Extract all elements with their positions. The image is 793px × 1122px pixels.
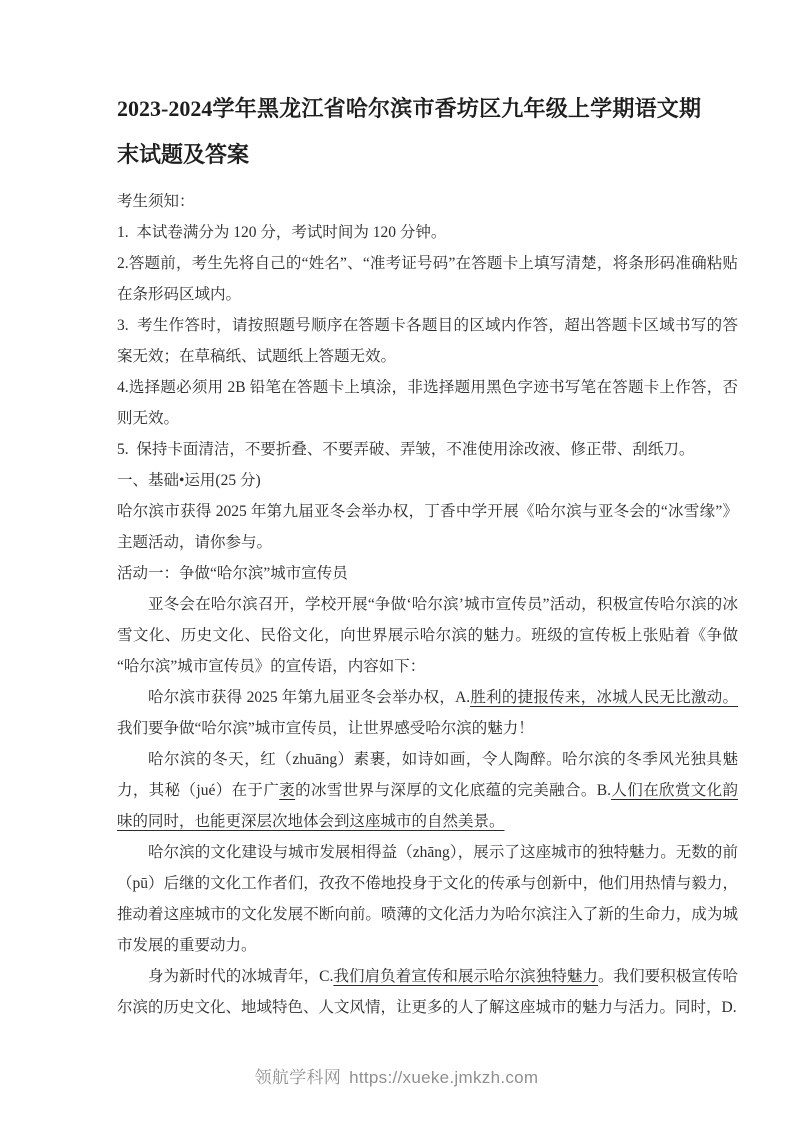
watermark-site-name: 领航学科网 [255,1068,342,1087]
text-run: 哈尔滨市获得 2025 年第九届亚冬会举办权，A. [148,689,470,706]
notice-heading: 考生须知： [117,186,738,217]
underlined-text: 我们肩负着宣传和展示哈尔滨独特魅力 [333,968,598,985]
page-title: 2023-2024学年黑龙江省哈尔滨市香坊区九年级上学期语文期末试题及答案 [117,86,701,178]
underlined-text: 袤 [279,782,295,799]
text-run: 亚冬会在哈尔滨召开，学校开展“争做‘哈尔滨’城市宣传员”活动，积极宣传哈尔滨的冰… [117,596,738,675]
paragraph: 哈尔滨市获得 2025 年第九届亚冬会举办权，A.胜利的捷报传来，冰城人民无比激… [117,682,738,744]
paragraph: 哈尔滨的冬天，红（zhuāng）素裹，如诗如画，令人陶醉。哈尔滨的冬季风光独具魅… [117,744,738,837]
text-run: 身为新时代的冰城青年，C. [148,968,333,985]
notice-item: 2.答题前，考生先将自己的“姓名”、“准考证号码”在答题卡上填写清楚，将条形码准… [117,248,738,310]
paragraph: 身为新时代的冰城青年，C.我们肩负着宣传和展示哈尔滨独特魅力。我们要积极宣传哈尔… [117,961,738,1023]
notice-list: 1. 本试卷满分为 120 分，考试时间为 120 分钟。2.答题前，考生先将自… [117,217,738,465]
text-run: 我们要争做“哈尔滨”城市宣传员，让世界感受哈尔滨的魅力！ [117,720,534,737]
section-intro: 哈尔滨市获得 2025 年第九届亚冬会举办权，丁香中学开展《哈尔滨与亚冬会的“冰… [117,496,738,558]
paragraph: 亚冬会在哈尔滨召开，学校开展“争做‘哈尔滨’城市宣传员”活动，积极宣传哈尔滨的冰… [117,589,738,682]
watermark-url: https://xueke.jmkzh.com [349,1068,538,1087]
section-heading: 一、基础•运用(25 分) [117,465,738,496]
activity-title: 活动一：争做“哈尔滨”城市宣传员 [117,558,738,589]
watermark-footer: 领航学科网https://xueke.jmkzh.com [0,1063,793,1088]
text-run: 哈尔滨的文化建设与城市发展相得益（zhāng），展示了这座城市的独特魅力。无数的… [117,844,738,954]
notice-item: 1. 本试卷满分为 120 分，考试时间为 120 分钟。 [117,217,738,248]
paragraph: 哈尔滨的文化建设与城市发展相得益（zhāng），展示了这座城市的独特魅力。无数的… [117,837,738,961]
document-content: 2023-2024学年黑龙江省哈尔滨市香坊区九年级上学期语文期末试题及答案 考生… [117,86,738,1023]
text-run: 的冰雪世界与深厚的文化底蕴的完美融合。B. [295,782,611,799]
notice-item: 3. 考生作答时，请按照题号顺序在答题卡各题目的区域内作答，超出答题卡区域书写的… [117,310,738,372]
notice-item: 5. 保持卡面清洁，不要折叠、不要弄破、弄皱，不准使用涂改液、修正带、刮纸刀。 [117,434,738,465]
notice-item: 4.选择题必须用 2B 铅笔在答题卡上填涂，非选择题用黑色字迹书写笔在答题卡上作… [117,372,738,434]
underlined-text: 胜利的捷报传来，冰城人民无比激动。 [470,689,738,706]
document-page: 2023-2024学年黑龙江省哈尔滨市香坊区九年级上学期语文期末试题及答案 考生… [0,0,793,1122]
section-paragraphs: 亚冬会在哈尔滨召开，学校开展“争做‘哈尔滨’城市宣传员”活动，积极宣传哈尔滨的冰… [117,589,738,1023]
